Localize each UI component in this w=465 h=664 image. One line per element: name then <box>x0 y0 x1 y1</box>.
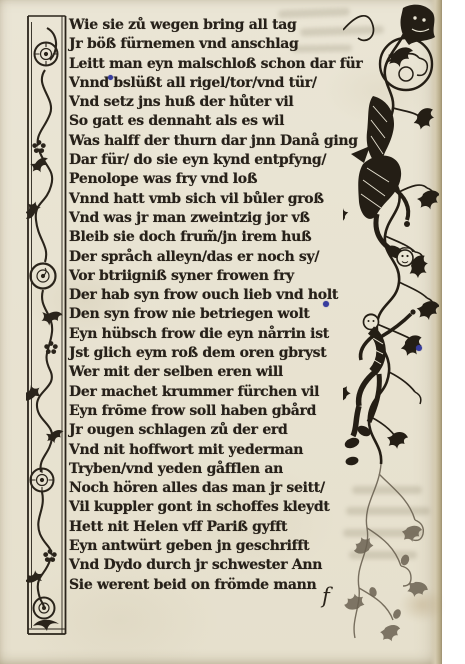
poem-line: Vnnd hatt vmb sich vil bůler groß <box>69 190 369 209</box>
flower-icon <box>44 341 57 354</box>
poem-line: Eyn antwürt geben jn geschrifft <box>69 537 369 556</box>
floral-vine-woodcut-border <box>26 14 68 636</box>
poem-line: Eyn frōme frow soll haben gbård <box>69 402 369 421</box>
cherub-head-icon <box>397 248 413 266</box>
poem-line: Leitt man eyn malschloß schon dar für <box>69 55 369 74</box>
poem-line: Vnnd bslüßt all rigel/tor/vnd tür/ <box>69 74 369 93</box>
ink-dot <box>416 345 422 351</box>
poem-line: Jr böß fürnemen vnd anschlag <box>69 35 369 54</box>
poem-line: Vil kuppler gont in schoffes kleydt <box>69 498 369 517</box>
poem-line: Der språch alleyn/das er noch sy/ <box>69 248 369 267</box>
poem-line: Vnd Dydo durch jr schwester Ann <box>69 556 369 575</box>
poem-line: Bleib sie doch frum̃/jn irem huß <box>69 228 369 247</box>
poem-line: Tryben/vnd yeden gåfflen an <box>69 460 369 479</box>
rosette-icon <box>31 264 56 289</box>
signature-mark: f <box>322 584 330 608</box>
poem-line: Was halff der thurn dar jnn Danå ging <box>69 132 369 151</box>
rosette-icon <box>31 469 54 492</box>
poem-line: Dar für/ do sie eyn kynd entpfyng/ <box>69 151 369 170</box>
poem-line: Vnd was jr man zweintzig jor vß <box>69 209 369 228</box>
poem-line: Wer mit der selben eren will <box>69 363 369 382</box>
poem-line: Der machet krummer fürchen vil <box>69 383 369 402</box>
rosette-icon <box>35 43 58 66</box>
poem-line: Noch hören alles das man jr seitt/ <box>69 479 369 498</box>
ink-dot <box>323 301 329 307</box>
poem-line: Vnd setz jns huß der hůter vil <box>69 93 369 112</box>
poem-line: Jr ougen schlagen zů der erd <box>69 421 369 440</box>
circle-vine <box>380 38 432 90</box>
poem-line: Eyn hübsch frow die eyn nårrin ist <box>69 325 369 344</box>
poem-line: Wie sie zů wegen bring all tag <box>69 16 369 35</box>
poem-line: Jst glich eym roß dem oren gbryst <box>69 344 369 363</box>
poem-line: Hett nit Helen vff Pariß gyfft <box>69 518 369 537</box>
rosette-icon <box>34 598 55 619</box>
ink-dot <box>108 75 113 80</box>
poem-line: So gatt es dennaht als es wil <box>69 112 369 131</box>
scanned-book-page: Wie sie zů wegen bring all tag Jr böß fü… <box>0 0 465 664</box>
poem-line: Den syn frow nie betriegen wolt <box>69 305 369 324</box>
poem-line: Vor btriigniß syner frowen fry <box>69 267 369 286</box>
poem-line: Vnd nit hoffwort mit yederman <box>69 441 369 460</box>
poem-line: Penolope was fry vnd loß <box>69 170 369 189</box>
